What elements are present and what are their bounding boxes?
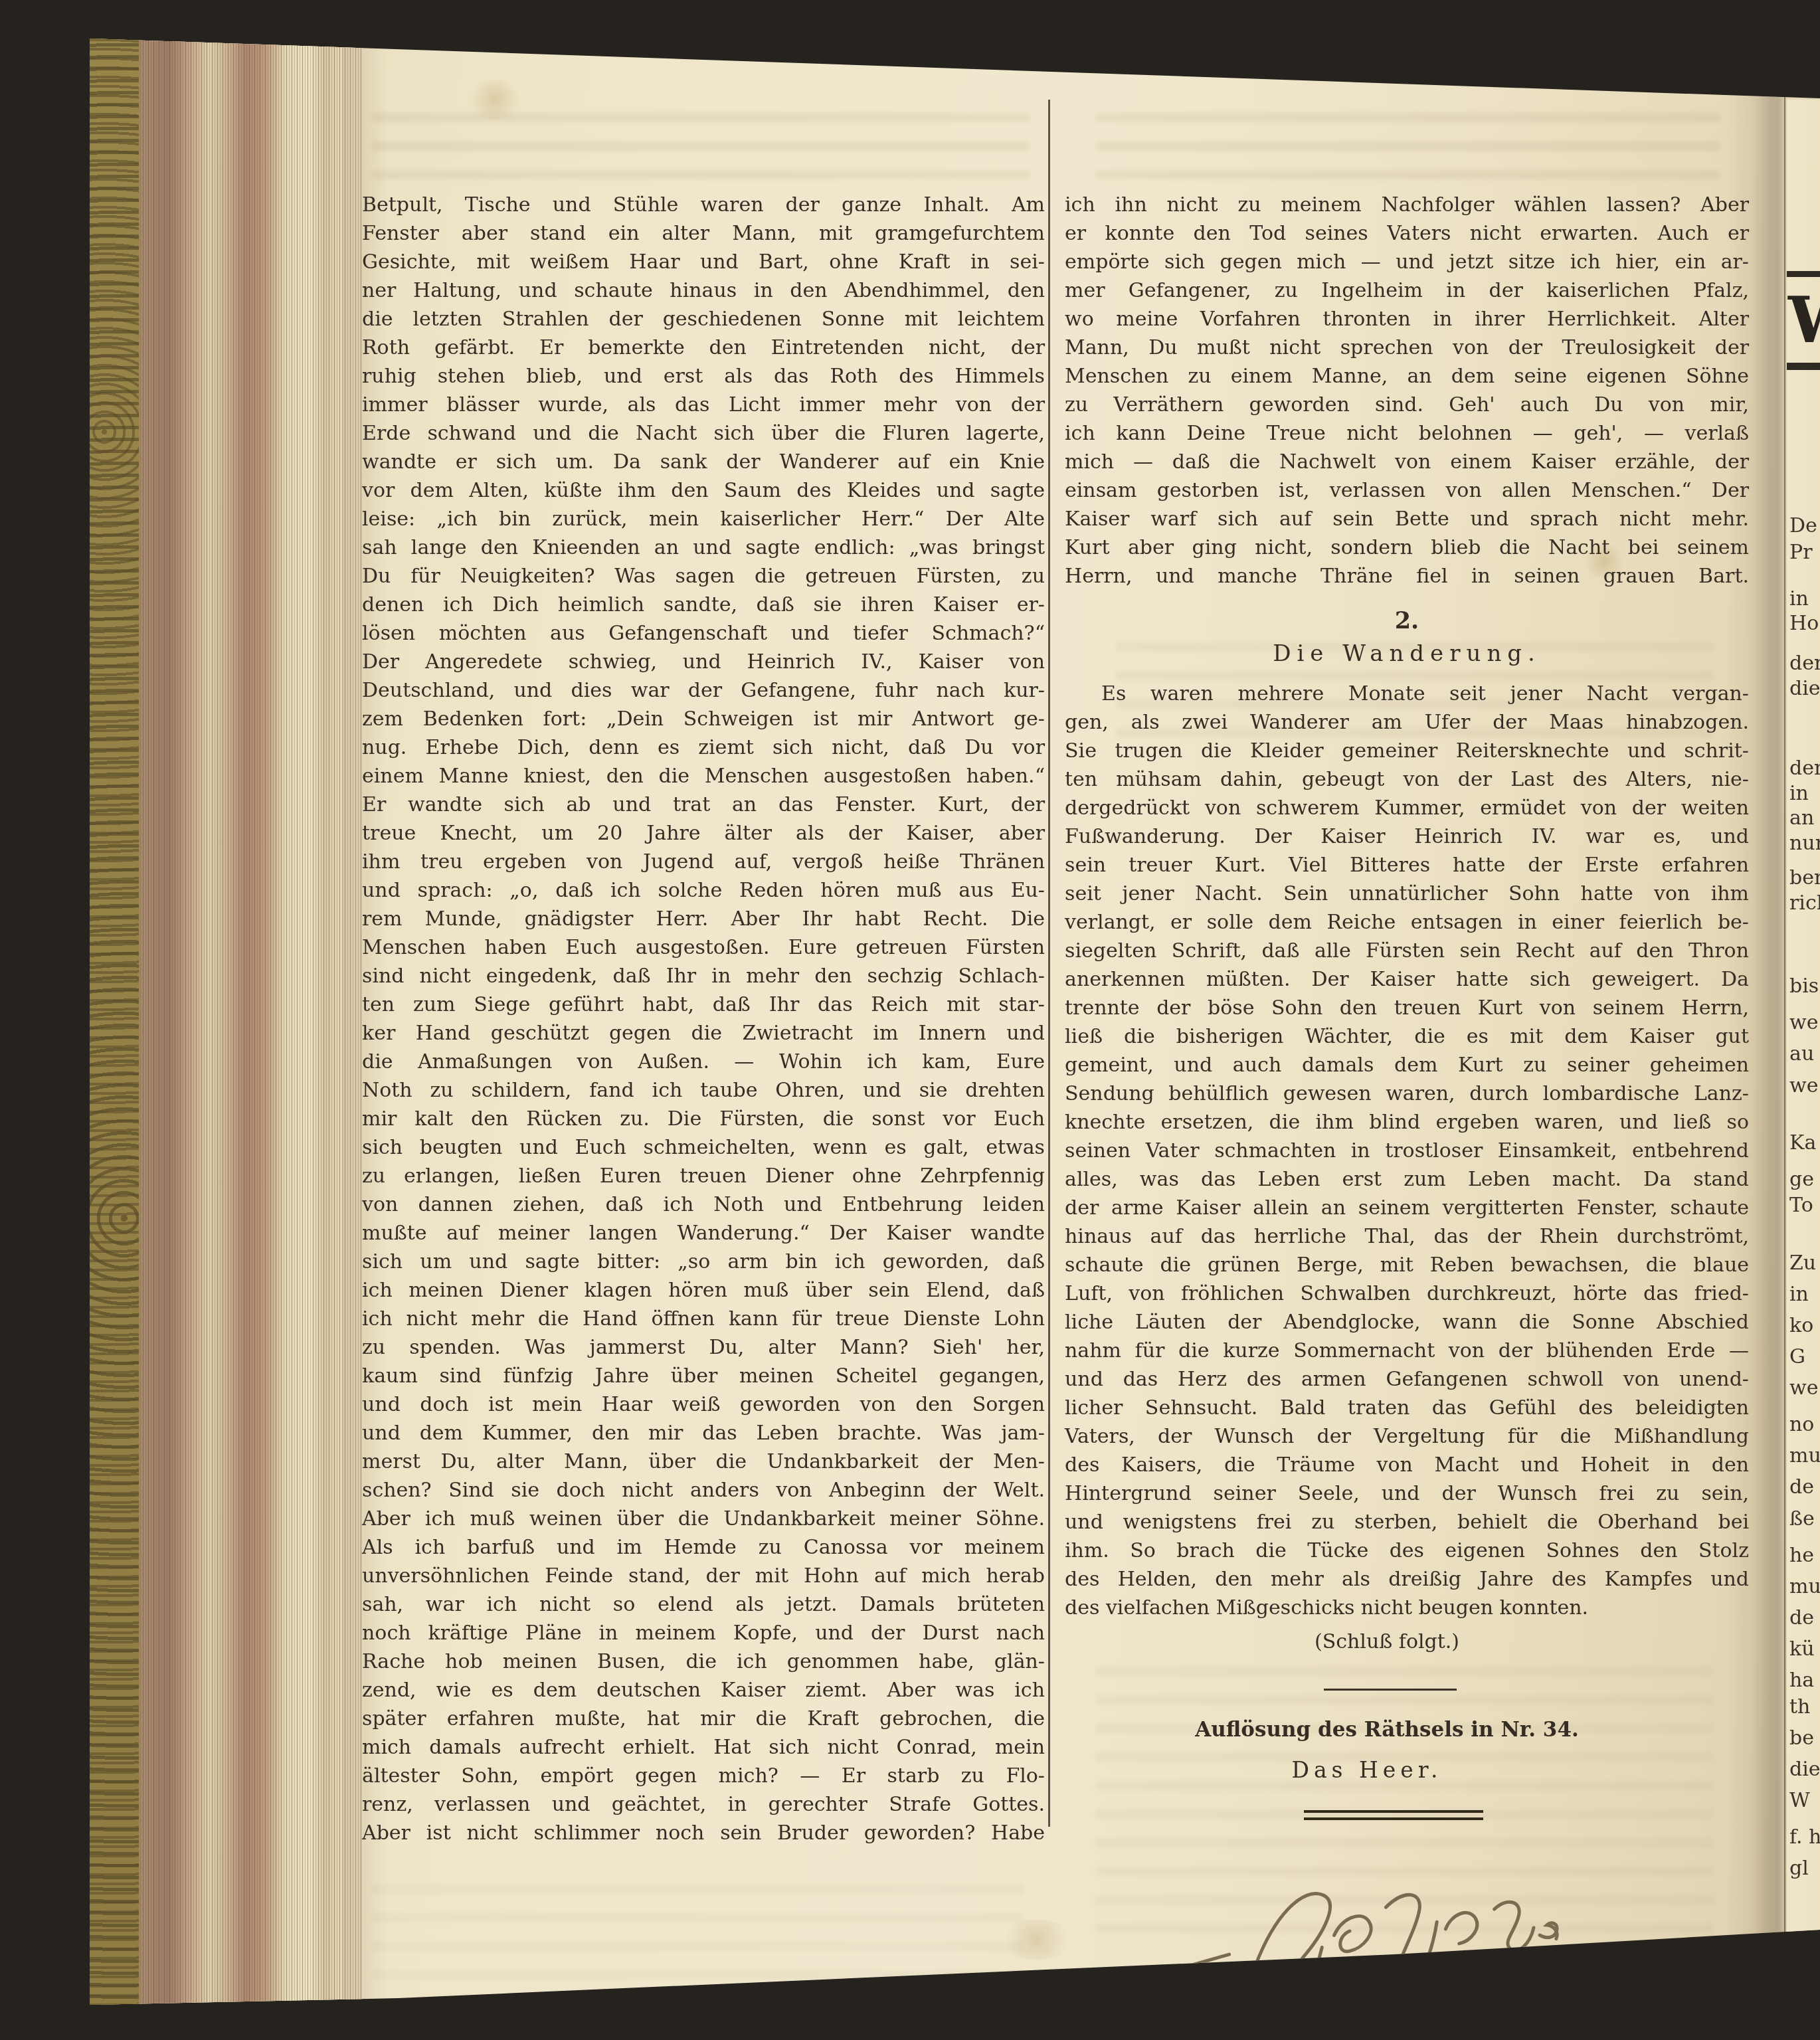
text-line: ker Hand geschützt gegen die Zwietracht … [362,1019,1045,1048]
text-line: sind nicht eingedenk, daß Ihr in mehr de… [362,962,1045,990]
text-line: Du für Neuigkeiten? Was sagen die getreu… [362,562,1045,591]
text-line: Hintergrund seiner Seele, und der Wunsch… [1065,1479,1749,1508]
text-line: Erde schwand und die Nacht sich über die… [362,419,1045,448]
text-line: Gesichte, mit weißem Haar und Bart, ohne… [362,248,1045,276]
story-part1: ich ihn nicht zu meinem Nachfolger wähle… [1065,191,1749,591]
text-line: gemeint, und auch damals dem Kurt zu sei… [1065,1051,1749,1079]
text-line: seit jener Nacht. Sein unnatürlicher Soh… [1065,880,1749,908]
text-fragment: rich [1789,892,1820,915]
page-fold-line [1784,93,1785,1953]
text-line: renz, verlassen und geächtet, in gerecht… [362,1790,1045,1819]
foxing-spot [996,1920,1076,1960]
text-fragment: au [1789,1043,1814,1066]
book-page: Betpult, Tische und Stühle waren der gan… [0,0,1820,2040]
text-line: Menschen haben Euch ausgestoßen. Eure ge… [362,933,1045,962]
text-fragment: kü [1789,1638,1815,1661]
text-fragment: den [1789,652,1820,675]
text-line: sich beugten und Euch schmeichelten, wen… [362,1133,1045,1162]
text-line: die Anmaßungen von Außen. — Wohin ich ka… [362,1048,1045,1076]
text-line: ich meinen Diener klagen hören muß über … [362,1276,1045,1305]
text-line: mich — daß die Nachwelt von einem Kaiser… [1065,448,1749,476]
text-line: ruhig stehen blieb, und erst als das Rot… [362,362,1045,391]
text-fragment: an [1789,807,1814,830]
section-title: Die Wanderung. [1065,637,1749,670]
text-line: von dannen ziehen, daß ich Noth und Entb… [362,1190,1045,1219]
text-fragment: mu [1789,1445,1820,1467]
text-line: Sie trugen die Kleider gemeiner Reitersk… [1065,737,1749,765]
text-fragment: we [1789,1012,1818,1034]
bleedthrough-bottom-left [372,1880,1023,1980]
marbled-edge [90,39,139,2005]
text-fragment: he [1789,1544,1814,1567]
text-line: zu spenden. Was jammerst Du, alter Mann?… [362,1333,1045,1362]
next-page-masthead-rule-bottom [1787,363,1820,370]
text-line: ten zum Siege geführt habt, daß Ihr das … [362,990,1045,1019]
text-line: denen ich Dich heimlich sandte, daß sie … [362,591,1045,619]
text-fragment: th [1789,1696,1810,1718]
text-fragment: W [1789,1790,1810,1812]
text-line: des Kaisers, die Träume von Macht und Ho… [1065,1451,1749,1479]
next-page-masthead-rule-top [1787,271,1820,277]
text-line: und sprach: „o, daß ich solche Reden hör… [362,876,1045,905]
text-line: gen, als zwei Wanderer am Ufer der Maas … [1065,708,1749,737]
text-line: leise: „ich bin zurück, mein kaiserliche… [362,505,1045,533]
text-line: dergedrückt von schwerem Kummer, ermüdet… [1065,794,1749,822]
text-fragment: gl [1789,1857,1809,1880]
text-line: Rache hob meinen Busen, die ich genommen… [362,1647,1045,1676]
text-line: lösen möchten aus Gefangenschaft und tie… [362,619,1045,648]
text-line: ten mühsam dahin, gebeugt von der Last d… [1065,765,1749,794]
text-line: sein treuer Kurt. Viel Bitteres hatte de… [1065,851,1749,880]
text-fragment: G [1789,1346,1805,1368]
text-line: nahm für die kurze Sommernacht von der b… [1065,1337,1749,1365]
text-line: mich damals aufrecht erhielt. Hat sich n… [362,1733,1045,1762]
text-line: Noth zu schildern, fand ich taube Ohren,… [362,1076,1045,1105]
next-page-masthead-letter: W [1788,280,1820,360]
text-line: mer Gefangener, zu Ingelheim in der kais… [1065,276,1749,305]
text-line: mußte auf meiner langen Wanderung.“ Der … [362,1219,1045,1248]
text-line: Betpult, Tische und Stühle waren der gan… [362,191,1045,219]
text-fragment: Ho [1789,612,1819,635]
separator-rule [1324,1689,1457,1691]
scanned-book-page: { "document": { "left_column": { "lines"… [0,0,1820,2040]
text-fragment: mu [1789,1576,1820,1598]
text-line: schen? Sind sie doch nicht anders von An… [362,1476,1045,1505]
text-line: Fenster aber stand ein alter Mann, mit g… [362,219,1045,248]
text-fragment: ge [1789,1168,1814,1191]
text-fragment: Ka [1789,1132,1816,1155]
text-fragment: ko [1789,1315,1813,1337]
text-line: des Helden, den mehr als dreißig Jahre d… [1065,1565,1749,1594]
text-line: ließ die bisherigen Wächter, die es mit … [1065,1022,1749,1051]
foxing-spot [465,80,525,120]
text-line: ner Haltung, und schaute hinaus in den A… [362,276,1045,305]
text-line: noch kräftige Pläne in meinem Kopfe, und… [362,1619,1045,1647]
text-line: später erfahren mußte, hat mir die Kraft… [362,1705,1045,1733]
text-line: licher Sehnsucht. Bald traten das Gefühl… [1065,1394,1749,1422]
text-line: wo meine Vorfahren thronten in ihrer Her… [1065,305,1749,333]
text-line: einem Manne kniest, den die Menschen aus… [362,762,1045,790]
text-fragment: in [1789,588,1809,610]
text-line: Roth gefärbt. Er bemerkte den Eintretend… [362,333,1045,362]
to-be-continued-note: (Schluß folgt.) [1045,1626,1729,1658]
text-line: nug. Erhebe Dich, denn es ziemt sich nic… [362,733,1045,762]
text-fragment: nun [1789,832,1820,855]
text-line: trennte der böse Sohn den treuen Kurt vo… [1065,994,1749,1022]
text-line: seinen Vater schmachten in trostloser Ei… [1065,1137,1749,1165]
text-fragment: ben [1789,867,1820,889]
text-fragment: no [1789,1414,1814,1436]
text-line: ich kann Deine Treue nicht belohnen — ge… [1065,419,1749,448]
text-line: Herrn, und manche Thräne fiel in seinen … [1065,562,1749,591]
text-fragment: ße [1789,1508,1815,1530]
text-line: kaum sind fünfzig Jahre über meinen Sche… [362,1362,1045,1390]
text-line: schaute die grünen Berge, mit Reben bewa… [1065,1251,1749,1279]
text-line: Vaters, der Wunsch der Vergeltung für di… [1065,1422,1749,1451]
text-line: wandte er sich um. Da sank der Wanderer … [362,448,1045,476]
riddle-solution-answer: Das Heer. [1025,1754,1709,1786]
text-fragment: f. h [1789,1826,1820,1849]
text-fragment: To [1789,1194,1813,1217]
text-fragment: ha [1789,1669,1814,1692]
text-fragment: in [1789,783,1809,805]
text-line: sich um und sagte bitter: „so arm bin ic… [362,1248,1045,1276]
text-line: hinaus auf das herrliche Thal, das der R… [1065,1222,1749,1251]
text-line: einsam gestorben ist, verlassen von alle… [1065,476,1749,505]
text-line: Kurt aber ging nicht, sondern blieb die … [1065,533,1749,562]
text-line: Als ich barfuß und im Hemde zu Canossa v… [362,1533,1045,1562]
text-line: verlangt, er solle dem Reiche entsagen i… [1065,908,1749,937]
text-line: siegelten Schrift, daß alle Fürsten sein… [1065,937,1749,965]
handwritten-signature [1169,1867,1594,1993]
text-line: ich ihn nicht zu meinem Nachfolger wähle… [1065,191,1749,219]
text-line: Sendung behülflich gewesen waren, durch … [1065,1079,1749,1108]
text-line: liche Läuten der Abendglocke, wann die S… [1065,1308,1749,1337]
text-fragment: in [1789,1283,1809,1306]
text-line: die letzten Strahlen der geschiedenen So… [362,305,1045,333]
text-line: zend, wie es dem deutschen Kaiser ziemt.… [362,1676,1045,1705]
text-line: und wenigstens frei zu sterben, behielt … [1065,1508,1749,1536]
text-line: Es waren mehrere Monate seit jener Nacht… [1065,680,1749,708]
text-fragment: we [1789,1377,1818,1400]
text-line: rem Munde, gnädigster Herr. Aber Ihr hab… [362,905,1045,933]
text-line: zu erlangen, ließen Euren treuen Diener … [362,1162,1045,1190]
text-line: unversöhnlichen Feinde stand, der mit Ho… [362,1562,1045,1590]
section-number: 2. [1065,605,1749,637]
text-line: Deutschland, und dies war der Gefangene,… [362,676,1045,705]
text-line: zem Bedenken fort: „Dein Schweigen ist m… [362,705,1045,733]
text-line: der arme Kaiser allein an seinem vergitt… [1065,1194,1749,1222]
text-line: ich nicht mehr die Hand öffnen kann für … [362,1305,1045,1333]
text-fragment: De [1789,515,1817,537]
text-fragment: Pr [1789,541,1813,564]
text-line: Aber ich muß weinen über die Undankbarke… [362,1505,1045,1533]
text-line: Menschen zu einem Manne, an dem seine ei… [1065,362,1749,391]
text-fragment: bis [1789,975,1819,998]
text-fragment: die [1789,1758,1820,1781]
text-line: zu Verräthern geworden sind. Geh' auch D… [1065,391,1749,419]
text-line: ihm treu ergeben von Jugend auf, vergoß … [362,848,1045,876]
text-line: mir kalt den Rücken zu. Die Fürsten, die… [362,1105,1045,1133]
text-line: und dem Kummer, den mir das Leben bracht… [362,1419,1045,1447]
text-line: sah lange den Knieenden an und sagte end… [362,533,1045,562]
text-line: Der Angeredete schwieg, und Heinrich IV.… [362,648,1045,676]
text-line: merst Du, alter Mann, über die Undankbar… [362,1447,1045,1476]
story-part2: Es waren mehrere Monate seit jener Nacht… [1065,680,1749,1622]
text-line: Er wandte sich ab und trat an das Fenste… [362,790,1045,819]
left-text-column: Betpult, Tische und Stühle waren der gan… [362,191,1045,1847]
text-line: Mann, Du mußt nicht sprechen von der Tre… [1065,333,1749,362]
text-line: Fußwanderung. Der Kaiser Heinrich IV. wa… [1065,822,1749,851]
text-line: anerkennen müßten. Der Kaiser hatte sich… [1065,965,1749,994]
text-line: ältester Sohn, empört gegen mich? — Er s… [362,1762,1045,1790]
next-page-edge: W DePrinHodendiedeminannunbenrichbisweau… [1787,100,1820,1933]
text-line: er konnte den Tod seines Vaters nicht er… [1065,219,1749,248]
text-fragment: die [1789,678,1820,700]
text-line: des vielfachen Mißgeschicks nicht beugen… [1065,1594,1749,1622]
text-line: immer blässer wurde, als das Licht immer… [362,391,1045,419]
right-text-column: ich ihn nicht zu meinem Nachfolger wähle… [1065,191,1749,1820]
text-line: Aber ist nicht schlimmer noch sein Brude… [362,1819,1045,1847]
riddle-solution-heading: Auflösung des Räthsels in Nr. 34. [1045,1715,1729,1745]
text-line: treue Knecht, um 20 Jahre älter als der … [362,819,1045,848]
column-divider-rule [1048,100,1050,1827]
text-line: empörte sich gegen mich — und jetzt sitz… [1065,248,1749,276]
text-fragment: de [1789,1607,1814,1629]
text-line: und das Herz des armen Gefangenen schwol… [1065,1365,1749,1394]
end-rule-double [1304,1810,1483,1820]
text-fragment: we [1789,1075,1818,1097]
text-line: alles, was das Leben erst zum Leben mach… [1065,1165,1749,1194]
text-line: Luft, von fröhlichen Schwalben durchkreu… [1065,1279,1749,1308]
bleedthrough-top-right [1096,106,1720,179]
text-fragment: Zu [1789,1252,1816,1275]
text-line: vor dem Alten, küßte ihm den Saum des Kl… [362,476,1045,505]
text-line: ihm. So brach die Tücke des eigenen Sohn… [1065,1536,1749,1565]
text-line: und doch ist mein Haar weiß geworden von… [362,1390,1045,1419]
text-fragment: de [1789,1476,1814,1499]
text-line: Kaiser warf sich auf sein Bette und spra… [1065,505,1749,533]
text-line: sah, war ich nicht so elend als jetzt. D… [362,1590,1045,1619]
text-fragment: be [1789,1727,1814,1750]
text-fragment: dem [1789,757,1820,780]
text-line: knechte ersetzen, die ihm blind ergeben … [1065,1108,1749,1137]
